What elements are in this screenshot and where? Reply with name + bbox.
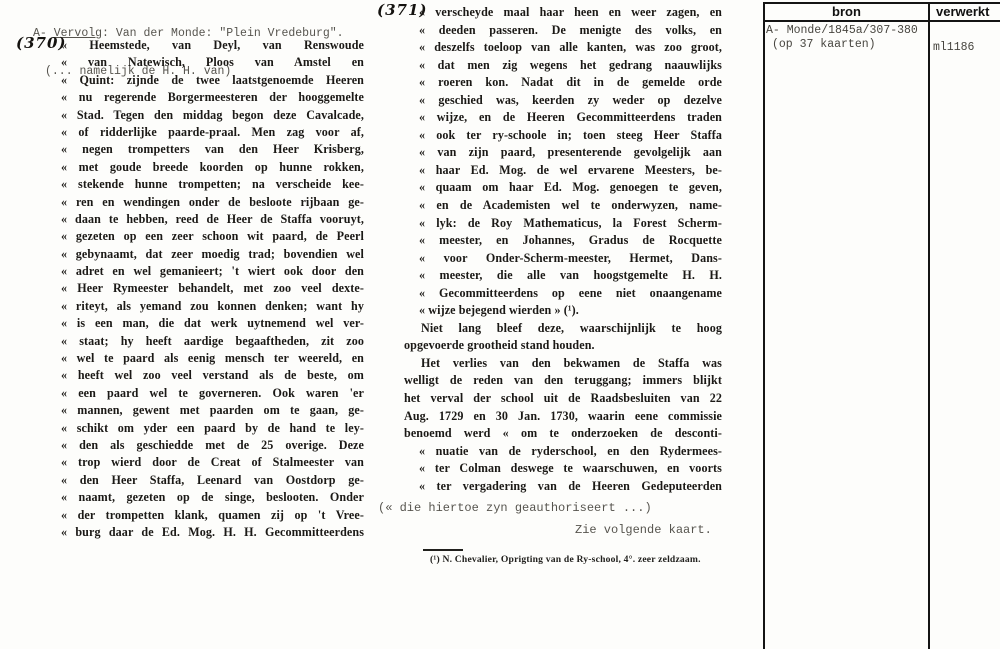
text-line: « schikt om yder een paard by de hand te…: [61, 420, 364, 437]
text-line: Het verlies van den bekwamen de Staffa w…: [404, 355, 722, 373]
text-line: « der trompetten klank, quamen zij op 't…: [61, 507, 364, 524]
text-line: « of ridderlijke paarde-praal. Men zag v…: [61, 124, 364, 141]
table-header-rule: [763, 20, 1000, 22]
verwerkt-value: ml1186: [933, 41, 974, 54]
text-line: « Gecommitteerdens op eene niet onaangen…: [404, 285, 722, 303]
typed-annotation: (« die hiertoe zyn geauthoriseert ...): [378, 502, 652, 515]
footnote-rule: [423, 549, 463, 551]
text-line: welligt de reden van den teruggang; imme…: [404, 372, 722, 390]
text-line: « wel te paard als eenig mensch ter weer…: [61, 350, 364, 367]
text-line: « staat; hy heeft aardige begaaftheden, …: [61, 333, 364, 350]
text-line: « ook ter ry-schoole in; toen steeg Heer…: [404, 127, 722, 145]
text-line: « riteyt, als yemand zou konnen denken; …: [61, 298, 364, 315]
text-line: « nu regerende Borgermeesteren der hoogg…: [61, 89, 364, 106]
text-line: « adret en wel gemanieert; 't wiert ook …: [61, 263, 364, 280]
text-line: « ren en wendingen onder de besloote rij…: [61, 194, 364, 211]
table-left-border: [763, 2, 765, 649]
text-line: « van Natewisch, Ploos van Amstel en: [61, 54, 364, 71]
text-line: « deeden passeren. De menigte des volks,…: [404, 22, 722, 40]
text-line: « gezeten op een zeer schoon wit paard, …: [61, 228, 364, 245]
text-line: « negen trompetters van den Heer Krisber…: [61, 141, 364, 158]
text-line: « roeren kon. Nadat dit in de gemelde or…: [404, 74, 722, 92]
handwritten-card-number-370: (370): [16, 34, 67, 52]
text-line: « geschied was, keerden zy weder op deze…: [404, 92, 722, 110]
text-line: « trop wierd door de Creat of Stalmeeste…: [61, 454, 364, 471]
text-line: « verscheyde maal haar heen en weer zage…: [404, 4, 722, 22]
text-line: Aug. 1729 en 30 Jan. 1730, waarin eene c…: [404, 408, 722, 426]
text-line: « den Heer Staffa, Leenard van Oostdorp …: [61, 472, 364, 489]
text-line: benoemd werd « om te onderzoeken de desc…: [404, 425, 722, 443]
text-line: « Quint: zijnde de twee laatstgenoemde H…: [61, 72, 364, 89]
text-line: « nuatie van de ryderschool, en den Ryde…: [404, 443, 722, 461]
text-line: « Heemstede, van Deyl, van Renswoude: [61, 37, 364, 54]
text-line: « den als geschiedde met de 25 overige. …: [61, 437, 364, 454]
text-line: « is een man, die dat werk uytnemend wel…: [61, 315, 364, 332]
text-line: « Stad. Tegen den middag begon deze Cava…: [61, 107, 364, 124]
text-line: « haar Ed. Mog. de wel ervarene Meesters…: [404, 162, 722, 180]
text-line: « heeft wel zoo veel verstand als de bes…: [61, 367, 364, 384]
text-line: « Heer Rymeester behandelt, met zoo veel…: [61, 280, 364, 297]
table-header-bron: bron: [765, 4, 928, 19]
text-line: « quaam om haar Ed. Mog. genoegen te gev…: [404, 179, 722, 197]
text-line: « lyk: de Roy Mathematicus, la Forest Sc…: [404, 215, 722, 233]
text-line: « met goude breede koorden op hunne rokk…: [61, 159, 364, 176]
text-line: « wijze, en de Heeren Gecommitteerdens t…: [404, 109, 722, 127]
text-line: Niet lang bleef deze, waarschijnlijk te …: [404, 320, 722, 338]
text-line: « stekende hunne trompetten; na verschei…: [61, 176, 364, 193]
table-header-verwerkt: verwerkt: [936, 4, 989, 19]
text-column-370: « Heemstede, van Deyl, van Renswoude« va…: [61, 37, 364, 541]
typed-see-next-card: Zie volgende kaart.: [575, 524, 712, 537]
text-column-371: « verscheyde maal haar heen en weer zage…: [404, 4, 722, 495]
text-line: « dat men zig wegens het gedrang naauwli…: [404, 57, 722, 75]
text-line: « mannen, gewent met paarden om te gaan,…: [61, 402, 364, 419]
text-line: « voor Onder-Scherm-meester, Hermet, Dan…: [404, 250, 722, 268]
scanned-archive-card: A- Vervolg: Van der Monde: "Plein Vredeb…: [0, 0, 1000, 649]
text-line: « meester, die alle van hoogstgemelte H.…: [404, 267, 722, 285]
text-line: « gebynaamt, dat zeer moedig trad; boven…: [61, 246, 364, 263]
bron-value-line1: A- Monde/1845a/307-380: [766, 24, 918, 37]
table-column-divider: [928, 2, 930, 649]
text-line: « naamt, gezeten op de singe, beslooten.…: [61, 489, 364, 506]
text-line: « ter vergadering van de Heeren Gedepute…: [404, 478, 722, 496]
text-line: « een paard wel te governeren. Ook waren…: [61, 385, 364, 402]
text-line: het verval der school uit de Raadsbeslui…: [404, 390, 722, 408]
text-line: « ter Colman deswege te waarschuwen, en …: [404, 460, 722, 478]
text-line: « deszelfs toeloop van alle kanten, was …: [404, 39, 722, 57]
text-line: « daan te hebben, reed de Heer de Staffa…: [61, 211, 364, 228]
text-line: opgevoerde grootheid stand houden.: [404, 337, 722, 355]
footnote-text: (¹) N. Chevalier, Oprigting van de Ry-sc…: [430, 554, 701, 565]
text-line: « en de Academisten wel te onderwyzen, n…: [404, 197, 722, 215]
bron-value-line2: (op 37 kaarten): [772, 38, 876, 51]
text-line: « burg daar de Ed. Mog. H. H. Gecommitte…: [61, 524, 364, 541]
text-line: « meester, en Johannes, Gradus de Rocque…: [404, 232, 722, 250]
text-line: « wijze bejegend wierden » (¹).: [404, 302, 722, 320]
text-line: « van zijn paard, presenterende gevolgel…: [404, 144, 722, 162]
